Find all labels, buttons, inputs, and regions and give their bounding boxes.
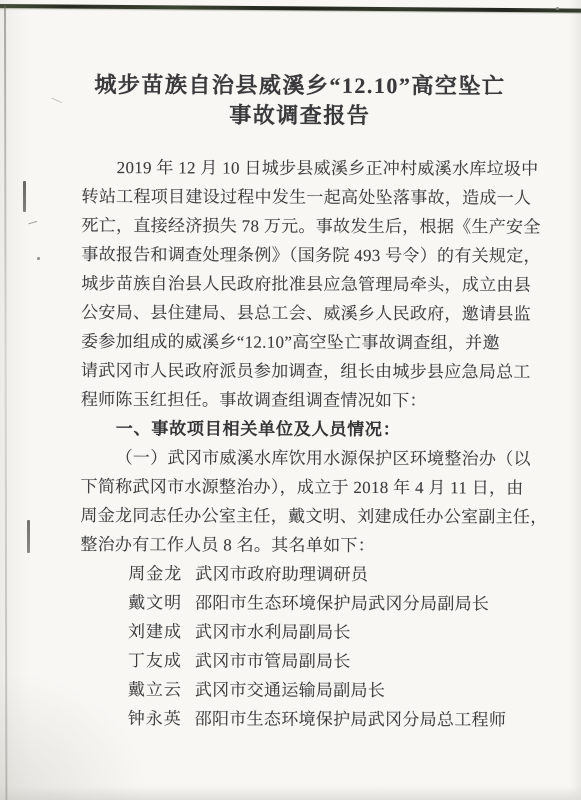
- roster-person-title: 邵阳市生态环境保护局武冈分局副局长: [195, 588, 489, 618]
- roster-row: 刘建成 武冈市水利局副局长: [128, 617, 516, 647]
- body-text-line: （一）武冈市威溪水库饮用水源保护区环境整治办（以: [81, 443, 517, 474]
- roster-row: 丁友成 武冈市市管局副局长: [128, 646, 516, 676]
- roster-row: 戴立云 武冈市交通运输局副局长: [128, 675, 516, 705]
- scan-smudge: [51, 94, 63, 103]
- scan-binding-mark: [23, 181, 26, 212]
- scan-speck: [556, 7, 559, 10]
- roster-row: 周金龙 武冈市政府助理调研员: [128, 559, 516, 589]
- roster-person-title: 武冈市政府助理调研员: [195, 559, 368, 589]
- body-text-line: 整治办有工作人员 8 名。其名单如下：: [80, 530, 516, 561]
- document-title: 城步苗族自治县威溪乡“12.10”高空坠亡 事故调查报告: [82, 70, 518, 132]
- personnel-roster: 周金龙 武冈市政府助理调研员 戴文明 邵阳市生态环境保护局武冈分局副局长 刘建成…: [128, 559, 517, 734]
- scanned-document-page: 城步苗族自治县威溪乡“12.10”高空坠亡 事故调查报告 2019 年 12 月…: [0, 0, 581, 800]
- roster-person-name: 周金龙: [128, 559, 195, 588]
- document-body: 2019 年 12 月 10 日城步县威溪乡正冲村威溪水库垃圾中转站工程项目建设…: [80, 153, 517, 561]
- roster-person-name: 戴立云: [128, 675, 195, 704]
- roster-person-name: 戴文明: [128, 588, 195, 617]
- roster-person-title: 武冈市水利局副局长: [195, 617, 351, 647]
- body-text-line: 转站工程项目建设过程中发生一起高处坠落事故，造成一人: [82, 182, 518, 213]
- roster-person-name: 钟永英: [128, 704, 195, 733]
- body-text-line: 死亡，直接经济损失 78 万元。事故发生后，根据《生产安全: [81, 211, 517, 242]
- roster-person-name: 刘建成: [128, 617, 195, 646]
- roster-row: 戴文明 邵阳市生态环境保护局武冈分局副局长: [128, 588, 516, 618]
- scan-speck: [37, 257, 40, 260]
- roster-person-title: 武冈市市管局副局长: [195, 646, 351, 676]
- roster-person-name: 丁友成: [128, 646, 195, 675]
- scan-binding-mark: [27, 520, 30, 553]
- roster-row: 钟永英 邵阳市生态环境保护局武冈分局总工程师: [128, 704, 516, 734]
- body-text-line: 公安局、县住建局、县总工会、威溪乡人民政府，邀请县监: [81, 298, 517, 329]
- roster-person-title: 武冈市交通运输局副局长: [195, 675, 385, 705]
- scan-edge-top-line: [0, 4, 581, 12]
- roster-person-title: 邵阳市生态环境保护局武冈分局总工程师: [195, 704, 507, 734]
- scan-edge-right-shade: [569, 0, 581, 800]
- document-content: 城步苗族自治县威溪乡“12.10”高空坠亡 事故调查报告 2019 年 12 月…: [80, 70, 518, 735]
- body-text-line: 周金龙同志任办公室主任，戴文明、刘建成任办公室副主任，: [80, 501, 516, 532]
- document-title-line-2: 事故调查报告: [82, 100, 518, 132]
- body-text-line: 程师陈玉红担任。事故调查组调查情况如下：: [81, 385, 517, 416]
- body-text-line: 委参加组成的威溪乡“12.10”高空坠亡事故调查组，并邀: [81, 327, 517, 358]
- body-text-line: 2019 年 12 月 10 日城步县威溪乡正冲村威溪水库垃圾中: [82, 153, 518, 184]
- body-text-line: 事故报告和调查处理条例》（国务院 493 号令）的有关规定，: [81, 240, 517, 271]
- body-text-line: 城步苗族自治县人民政府批准县应急管理局牵头，成立由县: [81, 269, 517, 300]
- document-title-line-1: 城步苗族自治县威溪乡“12.10”高空坠亡: [82, 70, 518, 102]
- scan-smudge: [28, 221, 38, 229]
- body-text-line: 请武冈市人民政府派员参加调查，组长由城步县应急局总工: [81, 356, 517, 387]
- body-text-line: 下简称武冈市水源整治办），成立于 2018 年 4 月 11 日，由: [80, 472, 516, 503]
- section-heading: 一、事故项目相关单位及人员情况：: [81, 414, 517, 445]
